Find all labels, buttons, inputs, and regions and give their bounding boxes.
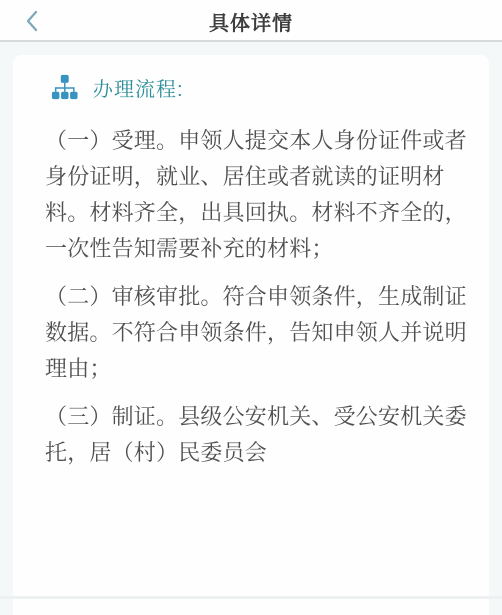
header: 具体详情 [0,0,502,42]
section-title: 办理流程: [93,73,184,102]
section-header: 办理流程: [39,73,475,101]
detail-card: 办理流程: （一）受理。申领人提交本人身份证件或者 身份证明，就业、居住或者就读… [13,55,489,599]
procedure-step-2: （二）审核审批。符合申领条件，生成制证 数据。不符合申领条件，告知申领人并说明 … [39,279,475,387]
page-title: 具体详情 [0,0,502,42]
procedure-step-1: （一）受理。申领人提交本人身份证件或者 身份证明，就业、居住或者就读的证明材 料… [39,123,475,267]
org-chart-icon [51,74,78,101]
procedure-step-3: （三）制证。县级公安机关、受公安机关委 托，居（村）民委员会 [39,399,475,471]
